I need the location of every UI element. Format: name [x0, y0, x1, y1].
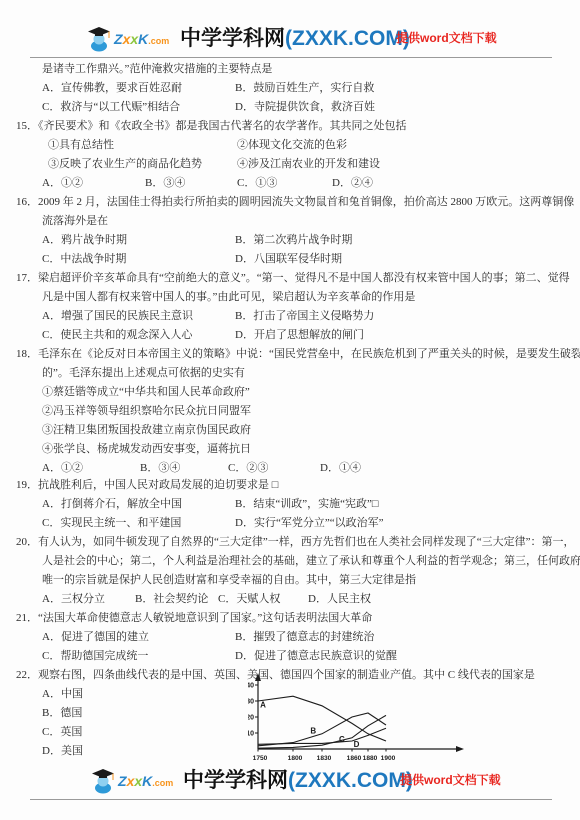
text-line: B．摧毁了德意志的封建统治 — [235, 630, 374, 644]
text-line: C．②③ — [228, 461, 268, 475]
text-line: A．①② — [42, 176, 83, 190]
site-name: 中学学科网 — [183, 769, 288, 792]
text-line: A．三权分立 — [42, 592, 105, 606]
curve-label-D: D — [354, 740, 360, 749]
text-line: B．打击了帝国主义侵略势力 — [235, 309, 374, 323]
question-20: 20．有人认为，如同牛顿发现了自然界的“三大定律”一样，西方先哲们也在人类社会同… — [16, 535, 575, 549]
site-title-footer: 中学学科网(ZXXK.COM) — [183, 764, 413, 794]
text-line: C．救济与“以工代赈”相结合 — [42, 100, 180, 114]
text-line: C．英国 — [42, 725, 82, 739]
text-line: B．③④ — [145, 176, 185, 190]
text-line: ①蔡廷锴等成立“中华共和国人民革命政府” — [42, 385, 250, 399]
site-domain: (ZXXK.COM) — [288, 769, 413, 792]
text-line: 唯一的宗旨就是保护人民创造财富和享受幸福的自由。其中，第三大定律是指 — [42, 573, 416, 587]
word-download-link[interactable]: 提供word文档下载 — [396, 29, 497, 46]
text-line: C．使民主共和的观念深入人心 — [42, 328, 192, 342]
text-line: D．美国 — [42, 744, 83, 758]
text-line: A．鸦片战争时期 — [42, 233, 127, 247]
text-line: A．促进了德国的建立 — [42, 630, 149, 644]
text-line: 流落海外是在 — [42, 214, 108, 228]
text-line: 凡是中国人都有权来管中国人的事。”由此可见，梁启超认为辛亥革命的作用是 — [42, 290, 415, 304]
text-line: ①具有总结性 — [48, 138, 114, 152]
text-line: 人是社会的中心；第二，个人利益是治理社会的基础，建立了承认和尊重个人利益的哲学观… — [42, 554, 580, 568]
text-line: 的”。毛泽东提出上述观点可依据的史实有 — [42, 366, 245, 380]
x-axis-arrow — [456, 746, 464, 752]
y-axis-arrow — [255, 673, 261, 681]
text-line: D．实行“军党分立”“以政治军” — [235, 516, 383, 530]
site-title: 中学学科网(ZXXK.COM) — [180, 22, 410, 52]
manufacturing-output-chart: 10203040175018001830186018801900ABCD — [248, 671, 478, 771]
text-line: C．①③ — [237, 176, 277, 190]
text-line: A．增强了国民的民族民主意识 — [42, 309, 193, 323]
text-line: D．人民主权 — [308, 592, 371, 606]
x-tick-label: 1900 — [381, 755, 396, 762]
series-line-B — [258, 713, 386, 746]
word-download-link-footer[interactable]: 提供word文档下载 — [400, 771, 501, 788]
text-line: B．③④ — [140, 461, 180, 475]
zxxk-logo-footer[interactable]: ZxxK.com — [90, 768, 173, 794]
text-line: B．第二次鸦片战争时期 — [235, 233, 352, 247]
text-line: D．开启了思想解放的闸门 — [235, 328, 364, 342]
y-tick-label: 20 — [248, 715, 254, 722]
curve-label-B: B — [310, 726, 316, 735]
text-line: B．德国 — [42, 706, 82, 720]
question-18: 18．毛泽东在《论反对日本帝国主义的策略》中说：“国民党营垒中，在民族危机到了严… — [16, 347, 580, 361]
text-line: A．①② — [42, 461, 83, 475]
x-tick-label: 1800 — [288, 755, 303, 762]
zxxk-logo[interactable]: ZxxK.com — [86, 26, 169, 52]
text-line: D．八国联军侵华时期 — [235, 252, 342, 266]
text-line: ②冯玉祥等领导组织察哈尔民众抗日同盟军 — [42, 404, 251, 418]
question-21: 21．“法国大革命使德意志人敏锐地意识到了国家。”这句话表明法国大革命 — [16, 611, 372, 625]
series-line-D — [258, 728, 386, 744]
exam-page: ZxxK.com 中学学科网(ZXXK.COM) 提供word文档下载 是诸寺工… — [0, 0, 580, 820]
curve-label-C: C — [339, 735, 345, 744]
x-tick-label: 1880 — [363, 755, 378, 762]
text-line: ③反映了农业生产的商品化趋势 — [48, 157, 202, 171]
text-line: D．寺院提供饮食，救济百姓 — [235, 100, 375, 114]
y-tick-label: 40 — [248, 683, 254, 690]
question-17: 17．梁启超评价辛亥革命具有“空前绝大的意义”。“第一、觉得凡不是中国人都没有权… — [16, 271, 570, 285]
curve-label-A: A — [260, 700, 266, 709]
y-tick-label: 30 — [248, 699, 254, 706]
header-divider — [30, 57, 552, 58]
text-line: A．中国 — [42, 687, 83, 701]
text-line: C．天赋人权 — [218, 592, 280, 606]
zxxk-logo-text: ZxxK.com — [118, 773, 173, 789]
question-19: 19．抗战胜利后，中国人民对政局发展的迫切要求是 □ — [16, 478, 278, 492]
page-header: ZxxK.com 中学学科网(ZXXK.COM) 提供word文档下载 — [0, 20, 580, 58]
text-line: B．社会契约论 — [135, 592, 208, 606]
text-line: A．打倒蒋介石，解放全中国 — [42, 497, 182, 511]
x-tick-label: 1750 — [253, 755, 268, 762]
zxxk-logo-text: ZxxK.com — [114, 31, 169, 47]
question-15: 15．《齐民要术》和《农政全书》都是我国古代著名的农学著作。其共同之处包括 — [16, 119, 407, 133]
text-line: B．鼓励百姓生产，实行自救 — [235, 81, 374, 95]
text-line: D．①④ — [320, 461, 361, 475]
text-line: A．宣传佛教，要求百姓忍耐 — [42, 81, 182, 95]
text-line: 是诸寺工作鼎兴。”范仲淹救灾措施的主要特点是 — [42, 62, 272, 76]
text-line: ④张学良、杨虎城发动西安事变，逼蒋抗日 — [42, 442, 251, 456]
text-line: B．结束“训政”，实施“宪政”□ — [235, 497, 379, 511]
text-line: ②体现文化交流的色彩 — [237, 138, 347, 152]
footer-divider — [30, 799, 552, 800]
page-footer: ZxxK.com 中学学科网(ZXXK.COM) 提供word文档下载 — [0, 762, 580, 800]
zxxk-mascot-icon — [86, 26, 112, 52]
x-tick-label: 1830 — [317, 755, 332, 762]
site-domain: (ZXXK.COM) — [285, 27, 410, 50]
text-line: C．实现民主统一、和平建国 — [42, 516, 181, 530]
text-line: ④涉及江南农业的开发和建设 — [237, 157, 380, 171]
site-name: 中学学科网 — [180, 27, 285, 50]
text-line: D．促进了德意志民族意识的觉醒 — [235, 649, 397, 663]
zxxk-mascot-icon — [90, 768, 116, 794]
text-line: C．帮助德国完成统一 — [42, 649, 148, 663]
question-16: 16．2009 年 2 月，法国佳士得拍卖行所拍卖的圆明园流失文物鼠首和兔首铜像… — [16, 195, 574, 209]
y-tick-label: 10 — [248, 731, 254, 738]
text-line: D．②④ — [332, 176, 373, 190]
text-line: ③汪精卫集团叛国投敌建立南京伪国民政府 — [42, 423, 251, 437]
x-tick-label: 1860 — [347, 755, 362, 762]
text-line: C．中法战争时期 — [42, 252, 126, 266]
